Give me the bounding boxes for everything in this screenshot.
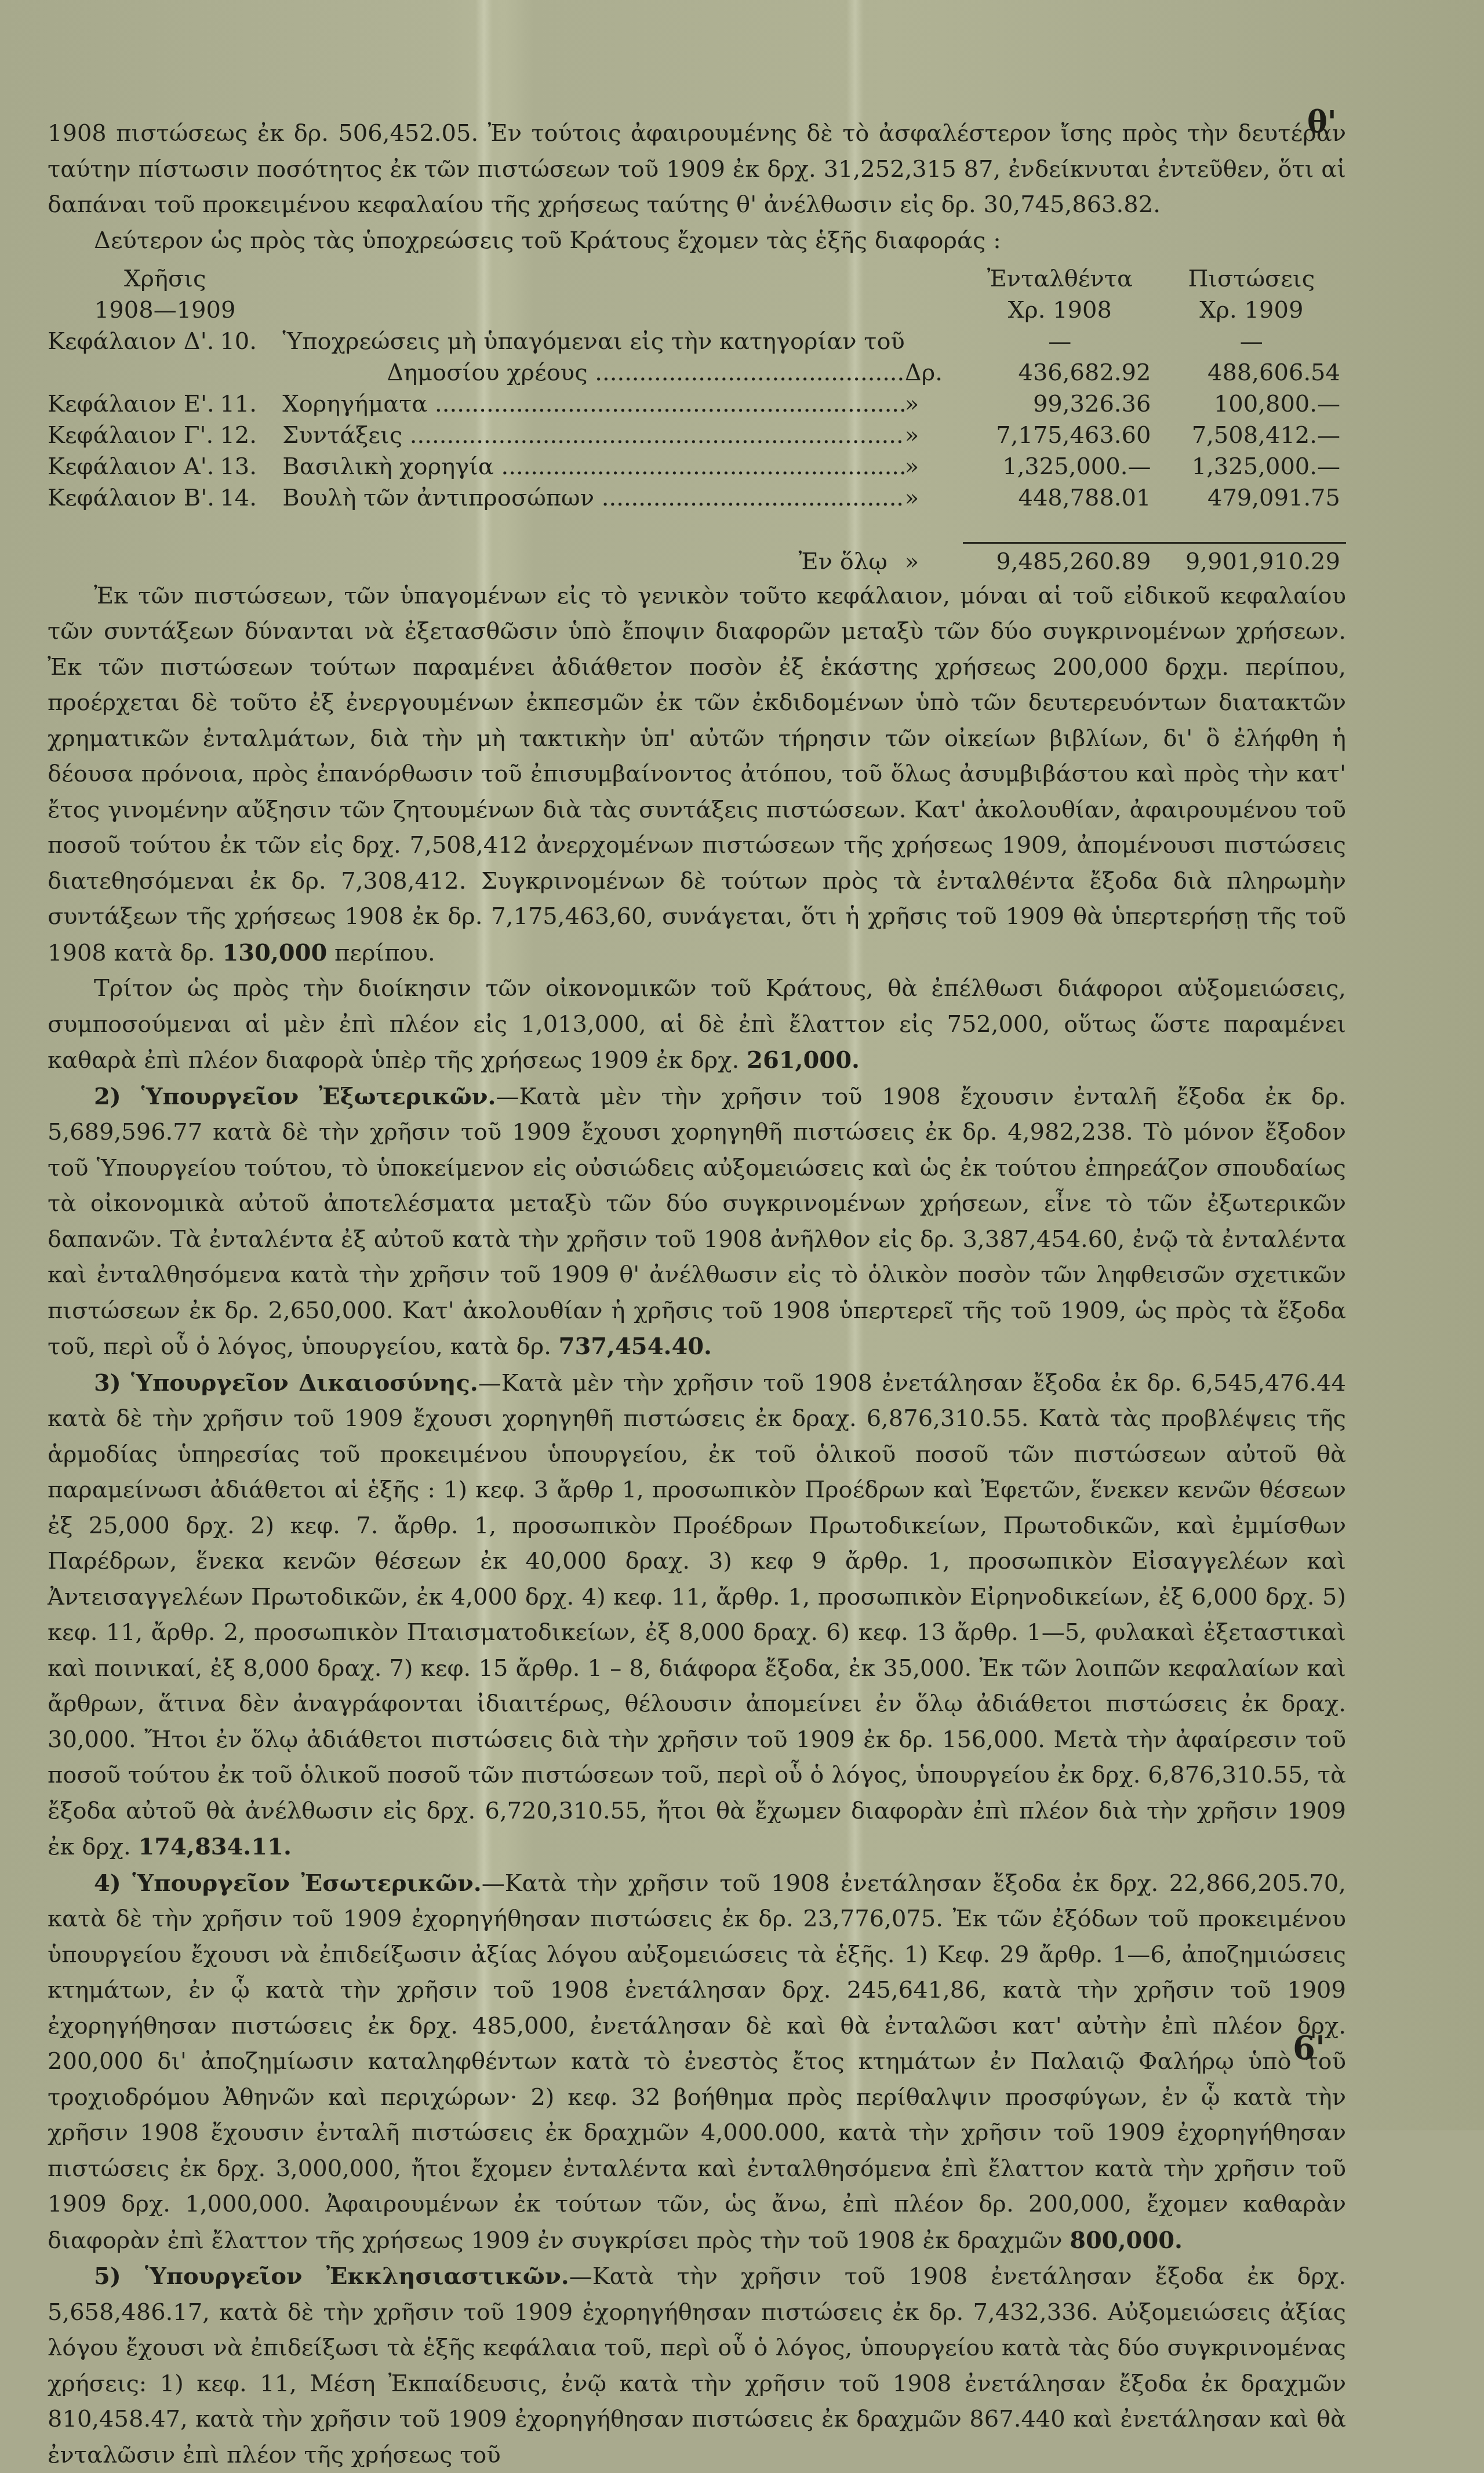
value-1908: 436,682.92	[963, 355, 1156, 386]
section-heading: 3) Ὑπουργεῖον Δικαιοσύνης.	[94, 1369, 478, 1396]
table-row: Κεφάλαιον Δ'. 10. Ὑποχρεώσεις μὴ ὑπαγόμε…	[48, 323, 1346, 355]
chapter-label: Κεφάλαιον Ε'.	[48, 386, 220, 417]
table-total-row: Ἐν ὅλῳ » 9,485,260.89 9,901,910.29	[48, 543, 1346, 575]
intro-paragraph: 1908 πιστώσεως ἐκ δρ. 506,452.05. Ἐν τού…	[48, 116, 1346, 223]
value-1909: 1,325,000.—	[1156, 449, 1346, 480]
header-col-1908-year: Χρ. 1908	[963, 292, 1156, 323]
table-row: Κεφάλαιον Ε'. 11. Χορηγήματα » 99,326.36…	[48, 386, 1346, 417]
header-col-1909-label: Πιστώσεις	[1156, 261, 1346, 292]
chapter-label: Κεφάλαιον Β'.	[48, 480, 220, 511]
bold-amount: 261,000.	[747, 1046, 860, 1074]
document-body: 1908 πιστώσεως ἐκ δρ. 506,452.05. Ἐν τού…	[48, 116, 1346, 2130]
chapter-label: Κεφάλαιον Α'.	[48, 449, 220, 480]
item-number: 13.	[220, 449, 282, 480]
item-number: 12.	[220, 417, 282, 449]
header-dash: —	[963, 323, 1156, 355]
finance-admin-paragraph: Τρίτον ὡς πρὸς τὴν διοίκησιν τῶν οἰκονομ…	[48, 971, 1346, 1079]
signature-marker-bottom: 6'	[1293, 2029, 1325, 2067]
bold-amount: 737,454.40.	[559, 1333, 712, 1360]
item-label: Βουλὴ τῶν ἀντιπροσώπων	[282, 480, 905, 511]
total-1908: 9,485,260.89	[963, 543, 1156, 575]
table-row: Κεφάλαιον Α'. 13. Βασιλικὴ χορηγία » 1,3…	[48, 449, 1346, 480]
header-col-1909-year: Χρ. 1909	[1156, 292, 1346, 323]
section-heading: 4) Ὑπουργεῖον Ἐσωτερικῶν.	[94, 1870, 482, 1897]
item-label: Δημοσίου χρέους	[282, 355, 905, 386]
item-number: 14.	[220, 480, 282, 511]
value-1908: 99,326.36	[963, 386, 1156, 417]
bold-amount: 130,000	[222, 939, 327, 966]
chapter-label: Κεφάλαιον Δ'.	[48, 323, 220, 355]
item-label-line1: Ὑποχρεώσεις μὴ ὑπαγόμεναι εἰς τὴν κατηγο…	[282, 323, 905, 355]
item-number: 10.	[220, 323, 282, 355]
currency-unit: »	[905, 449, 963, 480]
value-1909: 7,508,412.—	[1156, 417, 1346, 449]
table-header-row: Χρῆσις Ἐνταλθέντα Πιστώσεις	[48, 261, 1346, 292]
currency-unit: Δρ.	[905, 355, 963, 386]
table-row: Κεφάλαιον Γ'. 12. Συντάξεις » 7,175,463.…	[48, 417, 1346, 449]
header-col-1908-label: Ἐνταλθέντα	[963, 261, 1156, 292]
obligations-table: Χρῆσις Ἐνταλθέντα Πιστώσεις 1908—1909 Χρ…	[48, 261, 1346, 575]
value-1909: 100,800.—	[1156, 386, 1346, 417]
bold-amount: 174,834.11.	[138, 1833, 291, 1860]
table-header-row: 1908—1909 Χρ. 1908 Χρ. 1909	[48, 292, 1346, 323]
table-row: Δημοσίου χρέους Δρ. 436,682.92 488,606.5…	[48, 355, 1346, 386]
item-label: Βασιλικὴ χορηγία	[282, 449, 905, 480]
header-year-label: Χρῆσις	[48, 261, 282, 292]
item-number: 11.	[220, 386, 282, 417]
table-row: Κεφάλαιον Β'. 14. Βουλὴ τῶν ἀντιπροσώπων…	[48, 480, 1346, 511]
value-1908: 448,788.01	[963, 480, 1156, 511]
currency-unit: »	[905, 543, 963, 575]
pensions-paragraph: Ἐκ τῶν πιστώσεων, τῶν ὑπαγομένων εἰς τὸ …	[48, 579, 1346, 972]
chapter-label: Κεφάλαιον Γ'.	[48, 417, 220, 449]
scanned-page: θ' 1908 πιστώσεως ἐκ δρ. 506,452.05. Ἐν …	[0, 0, 1484, 2130]
intro-lead-paragraph: Δεύτερον ὡς πρὸς τὰς ὑποχρεώσεις τοῦ Κρά…	[48, 223, 1346, 259]
currency-unit: »	[905, 386, 963, 417]
item-label: Χορηγήματα	[282, 386, 905, 417]
section-justice: 3) Ὑπουργεῖον Δικαιοσύνης.—Κατὰ μὲν τὴν …	[48, 1365, 1346, 1865]
header-dash: —	[1156, 323, 1346, 355]
value-1909: 488,606.54	[1156, 355, 1346, 386]
currency-unit: »	[905, 417, 963, 449]
currency-unit: »	[905, 480, 963, 511]
section-heading: 2) Ὑπουργεῖον Ἐξωτερικῶν.	[94, 1083, 496, 1110]
value-1908: 1,325,000.—	[963, 449, 1156, 480]
item-label: Συντάξεις	[282, 417, 905, 449]
value-1909: 479,091.75	[1156, 480, 1346, 511]
value-1908: 7,175,463.60	[963, 417, 1156, 449]
header-year-range: 1908—1909	[48, 292, 282, 323]
total-1909: 9,901,910.29	[1156, 543, 1346, 575]
total-rule	[48, 511, 1346, 543]
section-interior: 4) Ὑπουργεῖον Ἐσωτερικῶν.—Κατὰ τὴν χρῆσι…	[48, 1865, 1346, 2131]
section-foreign-affairs: 2) Ὑπουργεῖον Ἐξωτερικῶν.—Κατὰ μὲν τὴν χ…	[48, 1079, 1346, 1365]
total-label: Ἐν ὅλῳ	[282, 543, 905, 575]
